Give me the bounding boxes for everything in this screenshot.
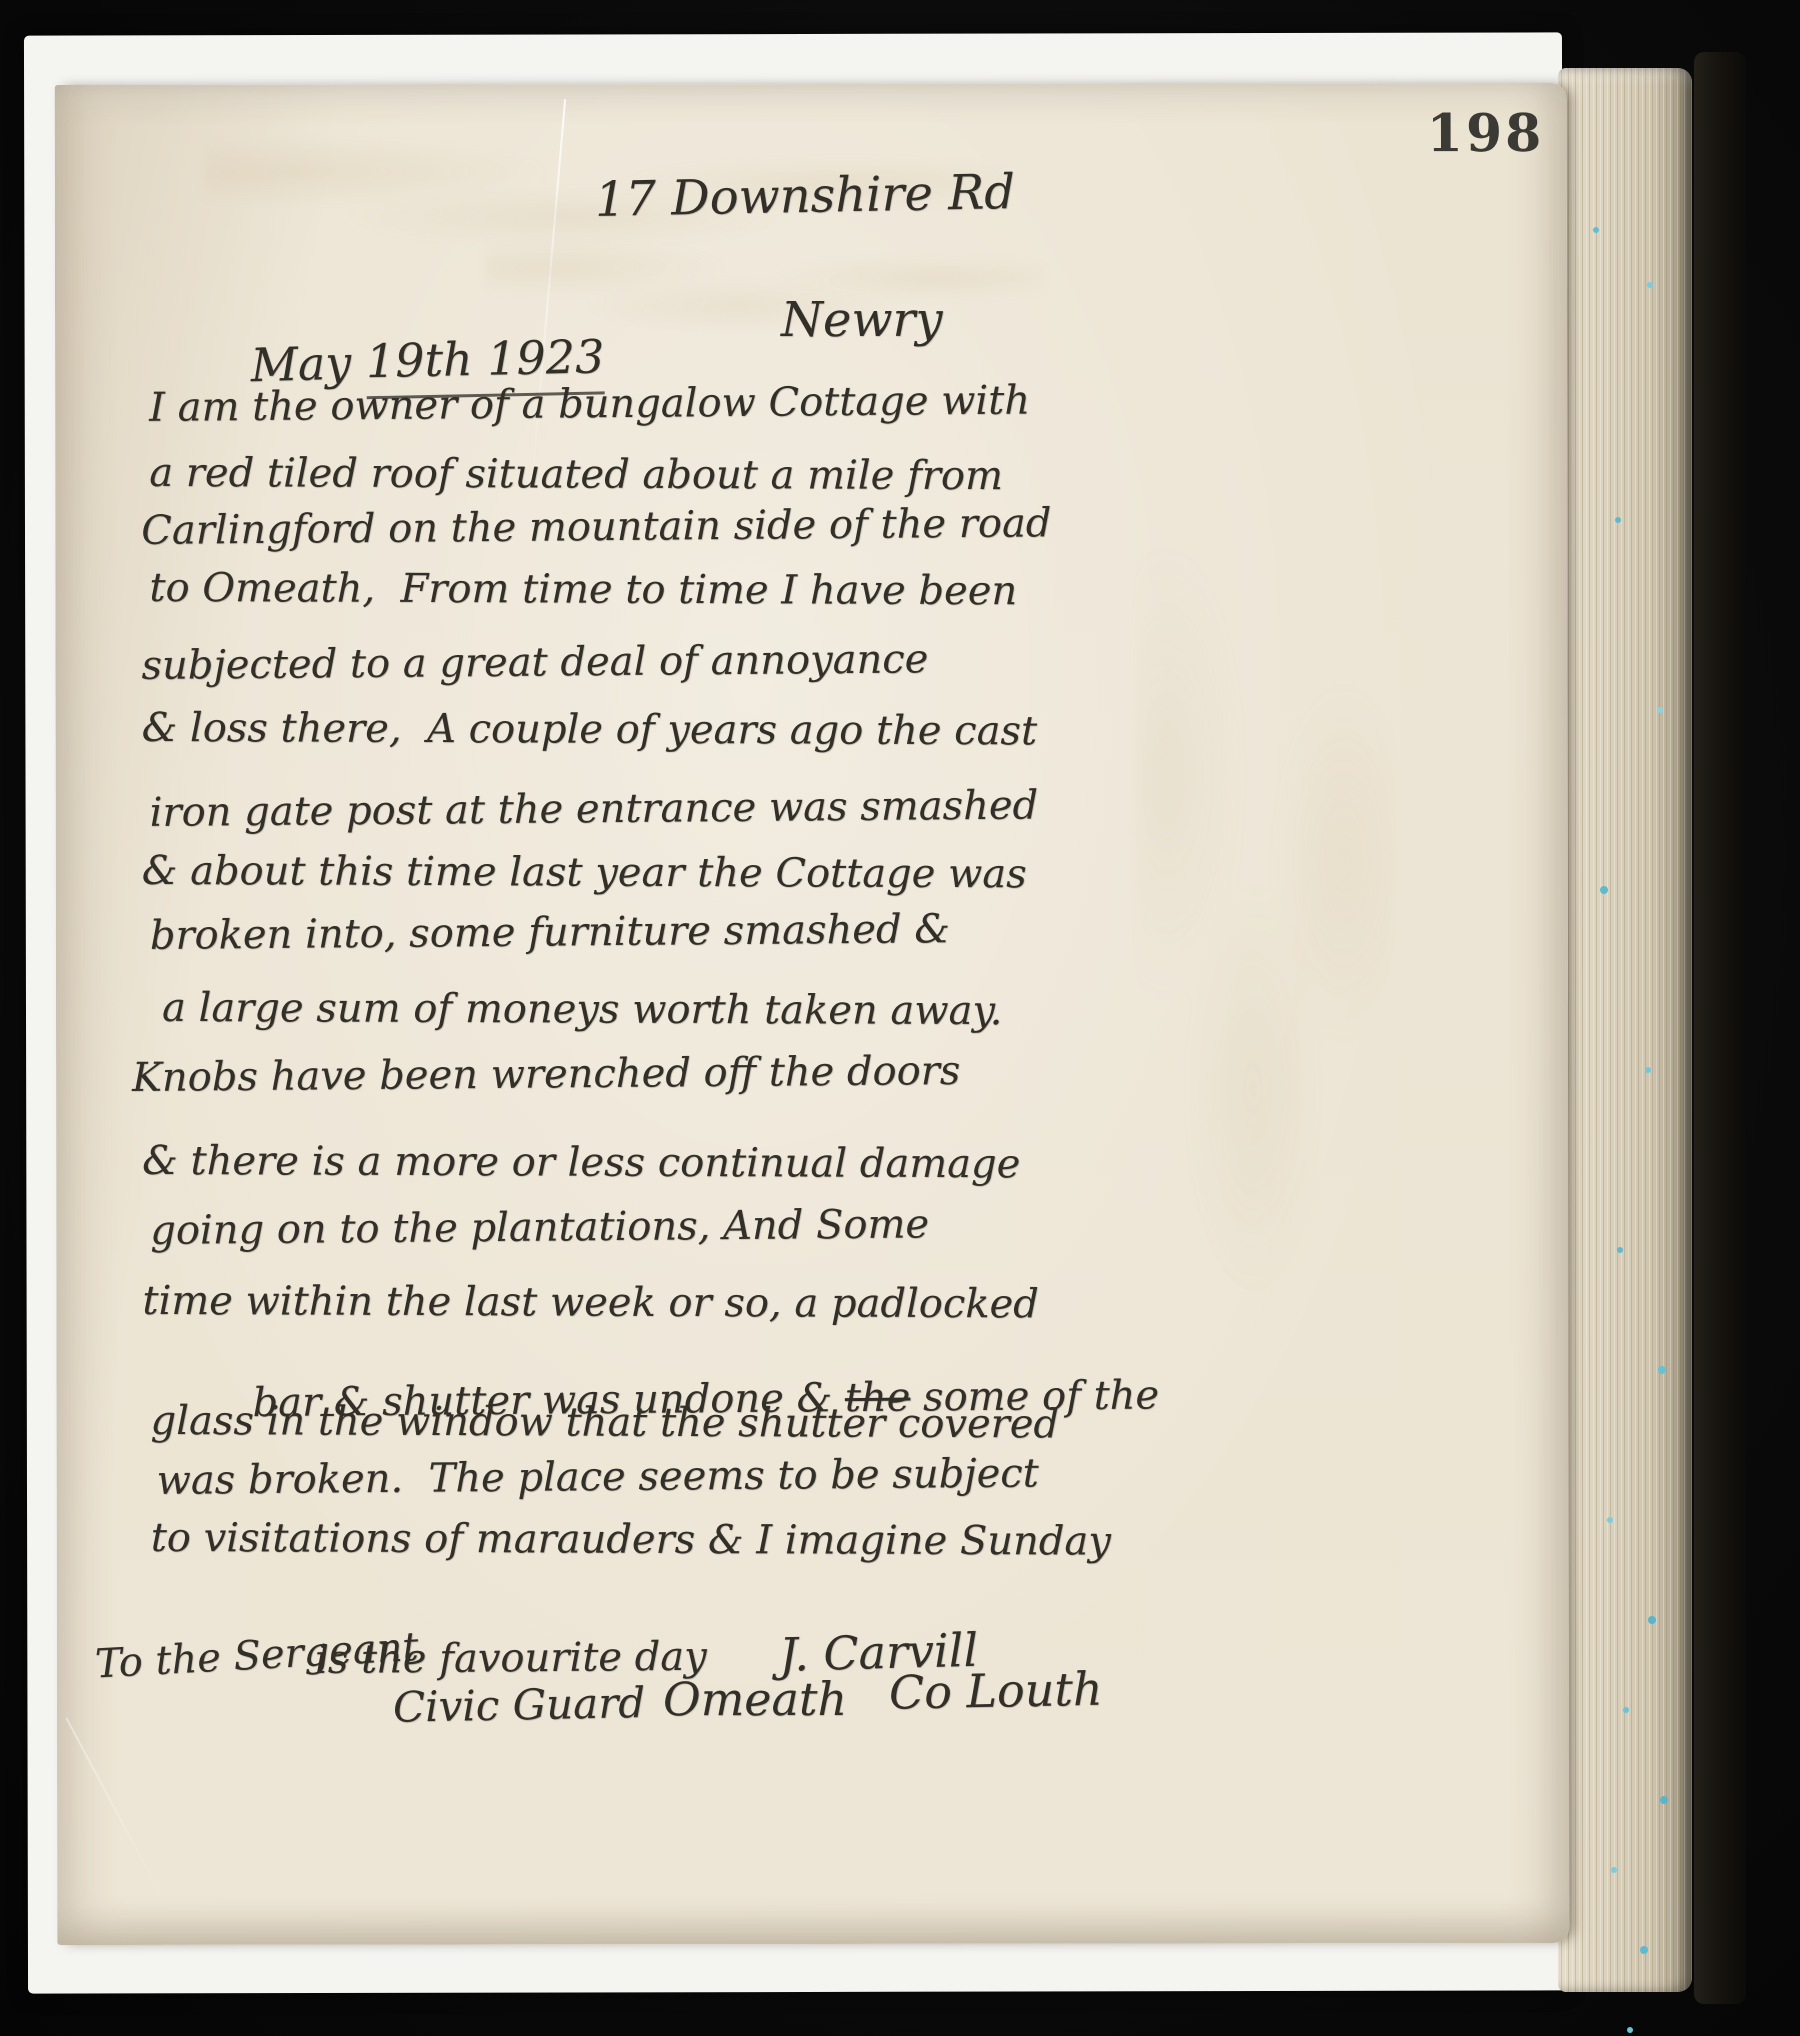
- closing-place: Omeath: [663, 1672, 847, 1726]
- letter-line: & there is a more or less continual dama…: [142, 1138, 1480, 1200]
- book-scan: 198 17 Downshire Rd May 19th 1923 Newry …: [0, 0, 1800, 2036]
- letter-line: & about this time last year the Cottage …: [142, 848, 1480, 910]
- letter-line: Knobs have been wrenched off the doors: [132, 1044, 1480, 1112]
- letter-line: iron gate post at the entrance was smash…: [149, 779, 1479, 847]
- letter-line: Carlingford on the mountain side of the …: [141, 497, 1479, 565]
- closing-county: Co Louth: [888, 1662, 1102, 1720]
- letter-page: 198 17 Downshire Rd May 19th 1923 Newry …: [55, 83, 1570, 1945]
- page-number: 198: [1427, 103, 1545, 164]
- letter-line: bar & shutter was undone & the some of t…: [150, 1324, 1480, 1392]
- letter-line: was broken. The place seems to be subjec…: [156, 1447, 1480, 1515]
- paper-crease: [65, 1717, 170, 1912]
- blue-speckles: [1588, 188, 1592, 192]
- letter-line: a large sum of moneys worth taken away.: [162, 985, 1480, 1047]
- letter-line: broken into, some furniture smashed &: [150, 902, 1480, 970]
- letter-line: to visitations of marauders & I imagine …: [151, 1515, 1481, 1577]
- letter-line: to Omeath, From time to time I have been: [149, 565, 1479, 627]
- closing-organisation: Civic Guard: [393, 1678, 646, 1732]
- letter-line: going on to the plantations, And Some: [150, 1197, 1480, 1265]
- letter-body: I am the owner of a bungalow Cottage wit…: [149, 383, 1481, 1642]
- letter-line: subjected to a great deal of annoyance: [141, 632, 1479, 700]
- address-line-2: Newry: [781, 292, 943, 348]
- letter-line: & loss there, A couple of years ago the …: [141, 705, 1479, 767]
- page-edge-stack: [1558, 68, 1692, 1992]
- letter-line: I am the owner of a bungalow Cottage wit…: [149, 374, 1479, 442]
- address-line-1: 17 Downshire Rd: [594, 164, 1015, 228]
- book-cover-edge: [1694, 52, 1746, 2004]
